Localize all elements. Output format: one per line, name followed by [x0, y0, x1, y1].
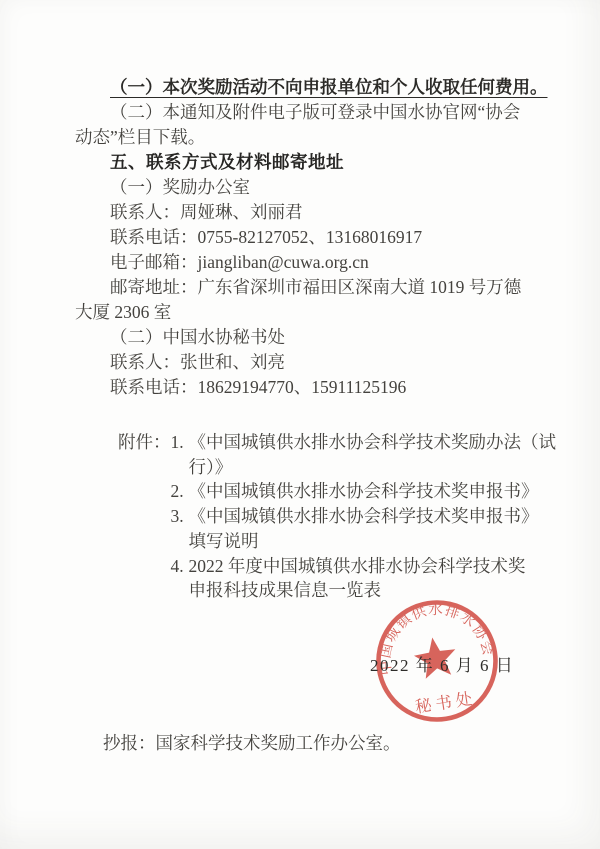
attachment-number — [171, 578, 189, 603]
heading-contact-info: 五、联系方式及材料邮寄地址 — [75, 150, 555, 175]
document-date: 2022 年 6 月 6 日 — [370, 651, 514, 676]
line-download-notice-1: （二）本通知及附件电子版可登录中国水协官网“协会 — [75, 100, 555, 125]
document-page: （一）本次奖励活动不向申报单位和个人收取任何费用。 （二）本通知及附件电子版可登… — [0, 0, 600, 849]
attachment-row: 3. 《中国城镇供水排水协会科学技术奖申报书》 — [171, 504, 557, 529]
attachment-label: 附件： — [118, 430, 171, 603]
attachment-text: 《中国城镇供水排水协会科学技术奖励办法（试 — [189, 430, 557, 455]
attachment-number: 4. — [171, 554, 189, 579]
mailing-address-1: 邮寄地址：广东省深圳市福田区深南大道 1019 号万德 — [75, 275, 555, 300]
attachment-rows: 1. 《中国城镇供水排水协会科学技术奖励办法（试 行）》 2. 《中国城镇供水排… — [171, 430, 557, 603]
contact-phone-secretariat: 联系电话：18629194770、15911125196 — [75, 375, 555, 400]
attachment-number: 1. — [171, 430, 189, 455]
attachment-text: 申报科技成果信息一览表 — [189, 578, 382, 603]
subheading-secretariat: （二）中国水协秘书处 — [75, 325, 555, 350]
attachment-row: 2. 《中国城镇供水排水协会科学技术奖申报书》 — [171, 479, 557, 504]
attachment-text: 行）》 — [189, 455, 233, 480]
cc-line: 抄报：国家科学技术奖励工作办公室。 — [103, 731, 401, 756]
line-fee-notice: （一）本次奖励活动不向申报单位和个人收取任何费用。 — [75, 75, 555, 100]
attachment-row: 4. 2022 年度中国城镇供水排水协会科学技术奖 — [171, 554, 557, 579]
mailing-address-2: 大厦 2306 室 — [75, 300, 555, 325]
contact-person-office: 联系人：周娅琳、刘丽君 — [75, 200, 555, 225]
attachment-row: 行）》 — [171, 455, 557, 480]
attachment-text: 填写说明 — [189, 529, 259, 554]
attachment-number — [171, 455, 189, 480]
attachment-number — [171, 529, 189, 554]
contact-email: 电子邮箱：jiangliban@cuwa.org.cn — [75, 250, 555, 275]
attachment-row: 填写说明 — [171, 529, 557, 554]
attachment-row: 1. 《中国城镇供水排水协会科学技术奖励办法（试 — [171, 430, 557, 455]
attachment-text: 《中国城镇供水排水协会科学技术奖申报书》 — [189, 479, 539, 504]
attachment-number: 2. — [171, 479, 189, 504]
attachment-list: 附件： 1. 《中国城镇供水排水协会科学技术奖励办法（试 行）》 2. 《中国城… — [118, 430, 555, 603]
attachment-number: 3. — [171, 504, 189, 529]
attachment-text: 2022 年度中国城镇供水排水协会科学技术奖 — [189, 554, 526, 579]
document-body: （一）本次奖励活动不向申报单位和个人收取任何费用。 （二）本通知及附件电子版可登… — [75, 75, 555, 603]
attachment-text: 《中国城镇供水排水协会科学技术奖申报书》 — [189, 504, 539, 529]
contact-phone-office: 联系电话：0755-82127052、13168016917 — [75, 225, 555, 250]
line-download-notice-2: 动态”栏目下载。 — [75, 125, 555, 150]
subheading-award-office: （一）奖励办公室 — [75, 175, 555, 200]
contact-person-secretariat: 联系人：张世和、刘亮 — [75, 350, 555, 375]
